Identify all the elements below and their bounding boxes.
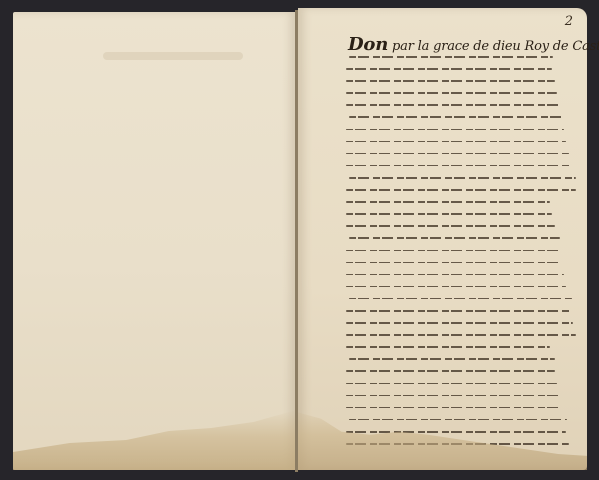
manuscript-spread: 2 Don par la grace de dieu Roy de Castil…: [0, 0, 599, 480]
handwritten-line: [346, 153, 569, 155]
handwritten-line: [349, 56, 553, 58]
handwritten-line: [346, 213, 552, 215]
water-stain: [13, 410, 296, 470]
page-heading: Don par la grace de dieu Roy de Castille…: [348, 34, 578, 55]
handwritten-line: [346, 129, 564, 131]
handwritten-line: [346, 165, 571, 167]
handwritten-line: [346, 104, 559, 106]
handwritten-line: [346, 395, 559, 397]
handwritten-line: [349, 358, 555, 360]
folio-number: 2: [565, 14, 573, 29]
handwritten-text-body: [346, 56, 578, 455]
handwritten-line: [346, 80, 555, 82]
handwritten-line: [346, 383, 557, 385]
handwritten-line: [346, 274, 564, 276]
bleed-through-text: [103, 52, 243, 60]
handwritten-line: [346, 346, 550, 348]
handwritten-line: [346, 322, 573, 324]
handwritten-line: [346, 286, 566, 288]
left-page: [13, 12, 296, 470]
handwritten-line: [349, 237, 560, 239]
handwritten-line: [346, 370, 555, 372]
heading-initial: Don: [348, 34, 388, 55]
handwritten-line: [346, 68, 552, 70]
handwritten-line: [349, 177, 576, 179]
handwritten-line: [349, 116, 565, 118]
handwritten-line: [349, 419, 567, 421]
right-page: 2 Don par la grace de dieu Roy de Castil…: [298, 8, 587, 470]
handwritten-line: [349, 298, 572, 300]
handwritten-line: [346, 334, 576, 336]
handwritten-line: [346, 141, 566, 143]
handwritten-line: [346, 310, 571, 312]
heading-text: par la grace de dieu Roy de Castille de …: [388, 39, 599, 54]
handwritten-line: [346, 250, 559, 252]
handwritten-line: [346, 262, 562, 264]
handwritten-line: [346, 225, 555, 227]
handwritten-line: [346, 201, 550, 203]
handwritten-line: [346, 407, 562, 409]
handwritten-line: [346, 92, 557, 94]
handwritten-line: [346, 189, 576, 191]
handwritten-line: [346, 431, 566, 433]
